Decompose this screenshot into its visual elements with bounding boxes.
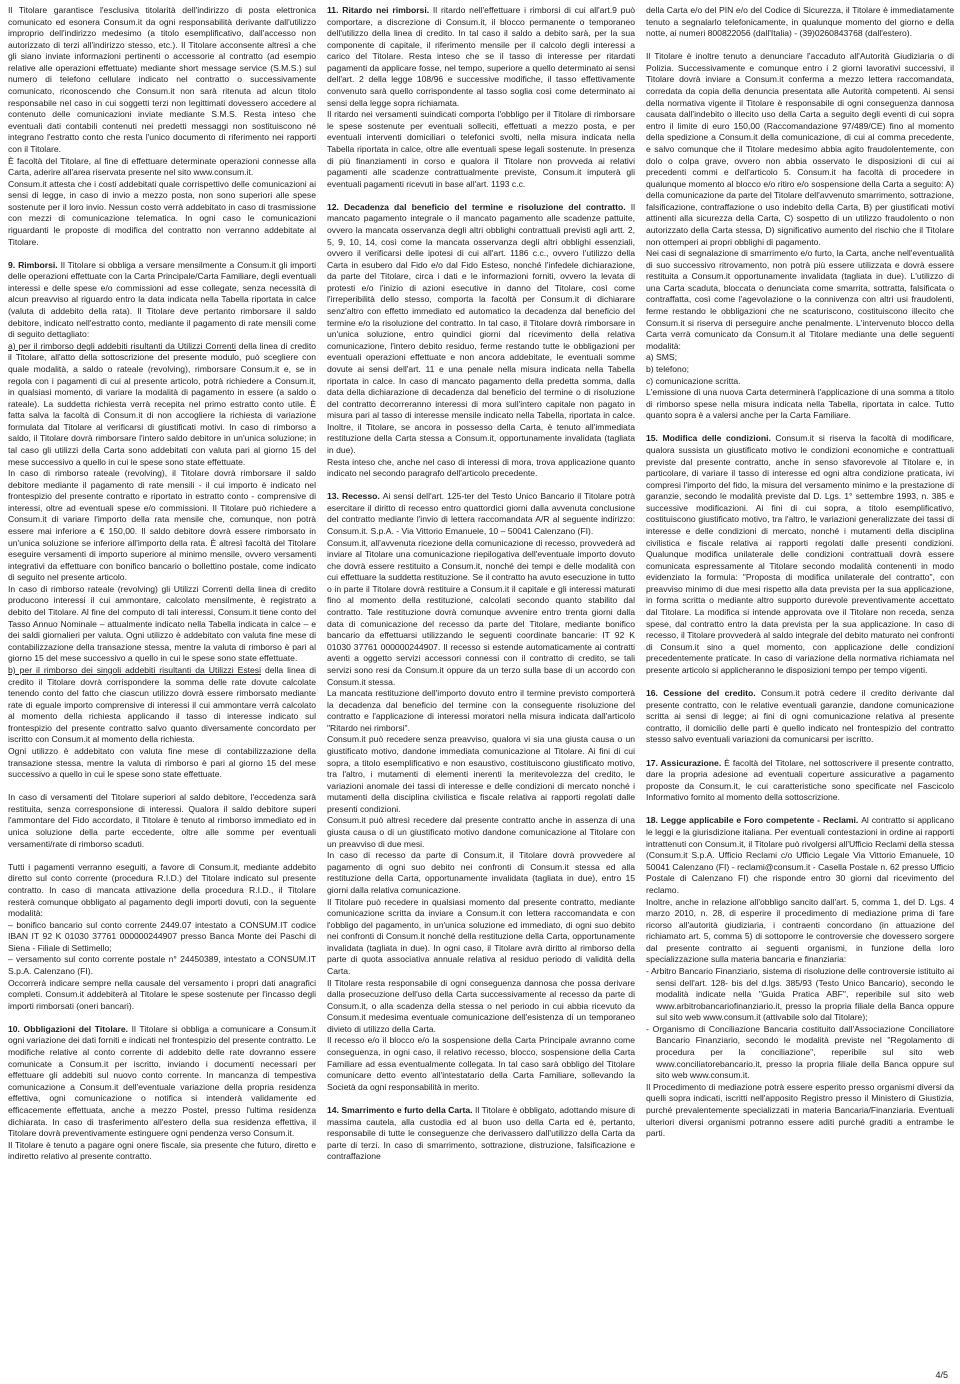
paragraph: L'emissione di una nuova Carta determine… — [646, 387, 954, 422]
section-paragraph: 9. Rimborsi. Il Titolare si obbliga a ve… — [8, 260, 316, 341]
paragraph: Il Titolare è tenuto a pagare ogni onere… — [8, 1140, 316, 1163]
paragraph: a) per il rimborso degli addebiti risult… — [8, 341, 316, 468]
section-heading: 15. Modifica delle condizioni. — [646, 433, 775, 443]
section-heading: 17. Assicurazione. — [646, 758, 724, 768]
text-column-1: Il Titolare garantisce l'esclusiva titol… — [8, 5, 316, 1163]
paragraph: Il Titolare può recedere in qualsiasi mo… — [327, 897, 635, 978]
paragraph: Il Titolare garantisce l'esclusiva titol… — [8, 5, 316, 156]
paragraph: Consum.it può altresì recedere dal prese… — [327, 815, 635, 850]
section-paragraph: 13. Recesso. Ai sensi dell'art. 125-ter … — [327, 491, 635, 537]
section-heading: 10. Obbligazioni del Titolare. — [8, 1024, 132, 1034]
section-paragraph: 16. Cessione del credito. Consum.it potr… — [646, 688, 954, 746]
text-columns: Il Titolare garantisce l'esclusiva titol… — [8, 5, 954, 1163]
section-paragraph: 15. Modifica delle condizioni. Consum.it… — [646, 433, 954, 676]
paragraph: Resta inteso che, anche nel caso di inte… — [327, 457, 635, 480]
section-paragraph: 12. Decadenza dal beneficio del termine … — [327, 202, 635, 457]
paragraph: Il ritardo nei versamenti suindicati com… — [327, 109, 635, 190]
paragraph: della Carta e/o del PIN e/o del Codice d… — [646, 5, 954, 40]
paragraph: - Organismo di Conciliazione Bancaria co… — [646, 1024, 954, 1082]
paragraph: Il recesso e/o il blocco e/o la sospensi… — [327, 1035, 635, 1093]
section-heading: 16. Cessione del credito. — [646, 688, 761, 698]
section-heading: 12. Decadenza dal beneficio del termine … — [327, 202, 631, 212]
contract-page: Il Titolare garantisce l'esclusiva titol… — [0, 0, 960, 1384]
section-heading: 9. Rimborsi. — [8, 260, 61, 270]
section-paragraph: 17. Assicurazione. È facoltà del Titolar… — [646, 758, 954, 804]
paragraph: Tutti i pagamenti verranno eseguiti, a f… — [8, 862, 316, 920]
paragraph: In caso di rimborso rateale (revolving) … — [8, 584, 316, 665]
paragraph: Il Titolare è inoltre tenuto a denunciar… — [646, 51, 954, 248]
paragraph: b) per il rimborso dei singoli addebiti … — [8, 665, 316, 746]
page-number: 4/5 — [935, 1370, 948, 1380]
paragraph: In caso di recesso da parte di Consum.it… — [327, 850, 635, 896]
section-heading: 18. Legge applicabile e Foro competente … — [646, 815, 861, 825]
paragraph: Ogni utilizzo è addebitato con valuta fi… — [8, 746, 316, 781]
underlined-lead: b) per il rimborso dei singoli addebiti … — [8, 665, 261, 675]
section-paragraph: 10. Obbligazioni del Titolare. Il Titola… — [8, 1024, 316, 1140]
paragraph: – bonifico bancario sul conto corrente 2… — [8, 920, 316, 955]
paragraph: Inoltre, anche in relazione all'obbligo … — [646, 897, 954, 966]
text-column-3: della Carta e/o del PIN e/o del Codice d… — [646, 5, 954, 1163]
paragraph: In caso di rimborso rateale (revolving),… — [8, 468, 316, 584]
text-column-2: 11. Ritardo nei rimborsi. Il ritardo nel… — [327, 5, 635, 1163]
section-paragraph: 18. Legge applicabile e Foro competente … — [646, 815, 954, 896]
paragraph: Consum.it attesta che i costi addebitati… — [8, 179, 316, 248]
paragraph: In caso di versamenti del Titolare super… — [8, 792, 316, 850]
underlined-lead: a) per il rimborso degli addebiti risult… — [8, 341, 236, 351]
paragraph: a) SMS; — [646, 352, 954, 364]
section-paragraph: 11. Ritardo nei rimborsi. Il ritardo nel… — [327, 5, 635, 109]
paragraph: La mancata restituzione dell'importo dov… — [327, 688, 635, 734]
paragraph: b) telefono; — [646, 364, 954, 376]
paragraph: Consum.it può recedere senza preavviso, … — [327, 734, 635, 815]
paragraph: Nei casi di segnalazione di smarrimento … — [646, 248, 954, 352]
paragraph: Occorrerà indicare sempre nella causale … — [8, 978, 316, 1013]
paragraph: c) comunicazione scritta. — [646, 376, 954, 388]
paragraph: Il Titolare resta responsabile di ogni c… — [327, 978, 635, 1036]
paragraph: - Arbitro Bancario Finanziario, sistema … — [646, 966, 954, 1024]
section-heading: 13. Recesso. — [327, 491, 383, 501]
section-paragraph: 14. Smarrimento e furto della Carta. Il … — [327, 1105, 635, 1163]
section-heading: 11. Ritardo nei rimborsi. — [327, 5, 433, 15]
paragraph: – versamento sul conto corrente postale … — [8, 954, 316, 977]
paragraph: Il Procedimento di mediazione potrà esse… — [646, 1082, 954, 1140]
section-heading: 14. Smarrimento e furto della Carta. — [327, 1105, 475, 1115]
paragraph: Consum.it, all'avvenuta ricezione della … — [327, 538, 635, 689]
paragraph: È facoltà del Titolare, al fine di effet… — [8, 156, 316, 179]
